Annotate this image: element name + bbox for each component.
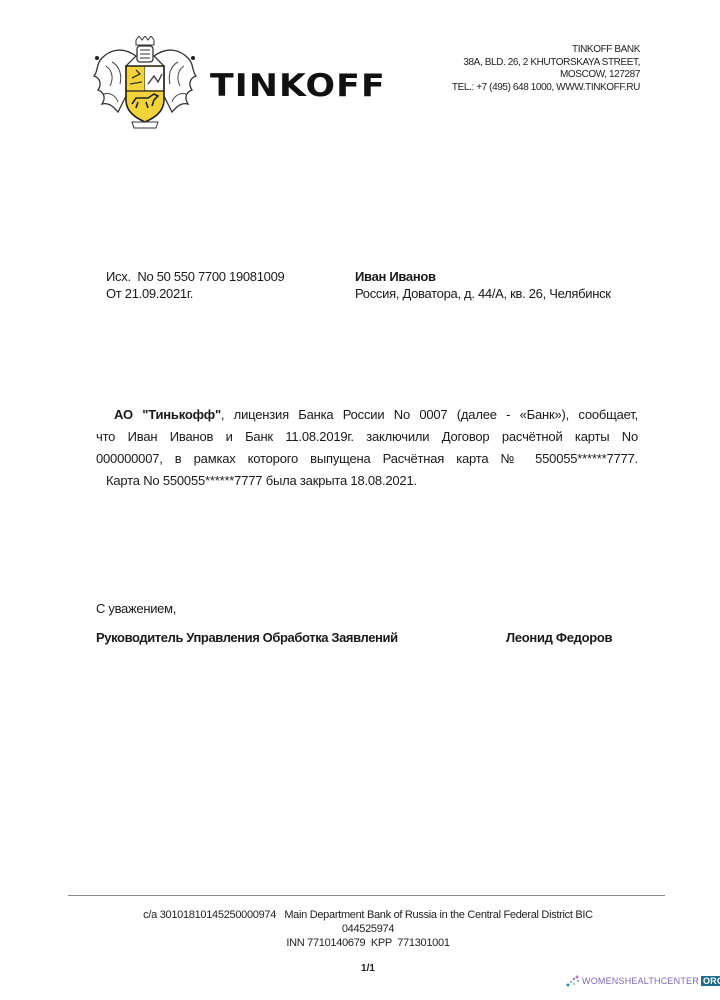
dots-icon [566,975,580,987]
footer-bic: 044525974 [68,922,668,936]
footer-inn-kpp: INN 7710140679 KPP 771301001 [68,936,668,950]
watermark: WOMENSHEALTHCENTER ORG [566,975,720,987]
page-number: 1/1 [68,963,668,974]
recipient-address: Россия, Доватора, д. 44/А, кв. 26, Челяб… [355,285,611,302]
bank-name: TINKOFF BANK [452,44,640,57]
brand-wordmark: TINKOFF [210,68,386,104]
regards: С уважением, [96,601,176,616]
letter-body: АО "Тинькофф", лицензия Банка России No … [96,404,638,492]
footer-account: c/a 30101810145250000974 Main Department… [68,908,668,922]
footer-divider [68,895,665,896]
bank-address-block: TINKOFF BANK 38A, BLD. 26, 2 KHUTORSKAYA… [452,44,640,94]
company-name: АО "Тинькофф" [114,407,221,422]
recipient-name: Иван Иванов [355,268,611,285]
watermark-badge: ORG [701,976,720,986]
bank-city: MOSCOW, 127287 [452,69,640,82]
bank-street: 38A, BLD. 26, 2 KHUTORSKAYA STREET, [452,57,640,70]
bank-contacts: TEL.: +7 (495) 648 1000, WWW.TINKOFF.RU [452,82,640,95]
recipient-block: Иван Иванов Россия, Доватора, д. 44/А, к… [355,268,611,302]
reference-date: От 21.09.2021г. [106,285,284,302]
watermark-text: WOMENSHEALTHCENTER [582,976,699,986]
reference-block: Исх. No 50 550 7700 19081009 От 21.09.20… [106,268,284,302]
body-line-2: что Иван Иванов и Банк 11.08.2019г. закл… [96,426,638,448]
body-line-4: Карта No 550055******7777 была закрыта 1… [96,470,638,492]
body-line-1: АО "Тинькофф", лицензия Банка России No … [96,404,638,426]
footer-requisites: c/a 30101810145250000974 Main Department… [68,908,668,950]
tinkoff-emblem-icon [92,36,198,132]
signatory-name: Леонид Федоров [506,630,612,645]
outgoing-number: Исх. No 50 550 7700 19081009 [106,268,284,285]
signatory-role: Руководитель Управления Обработка Заявле… [96,630,398,645]
body-line-3: 000000007, в рамках которого выпущена Ра… [96,448,638,470]
